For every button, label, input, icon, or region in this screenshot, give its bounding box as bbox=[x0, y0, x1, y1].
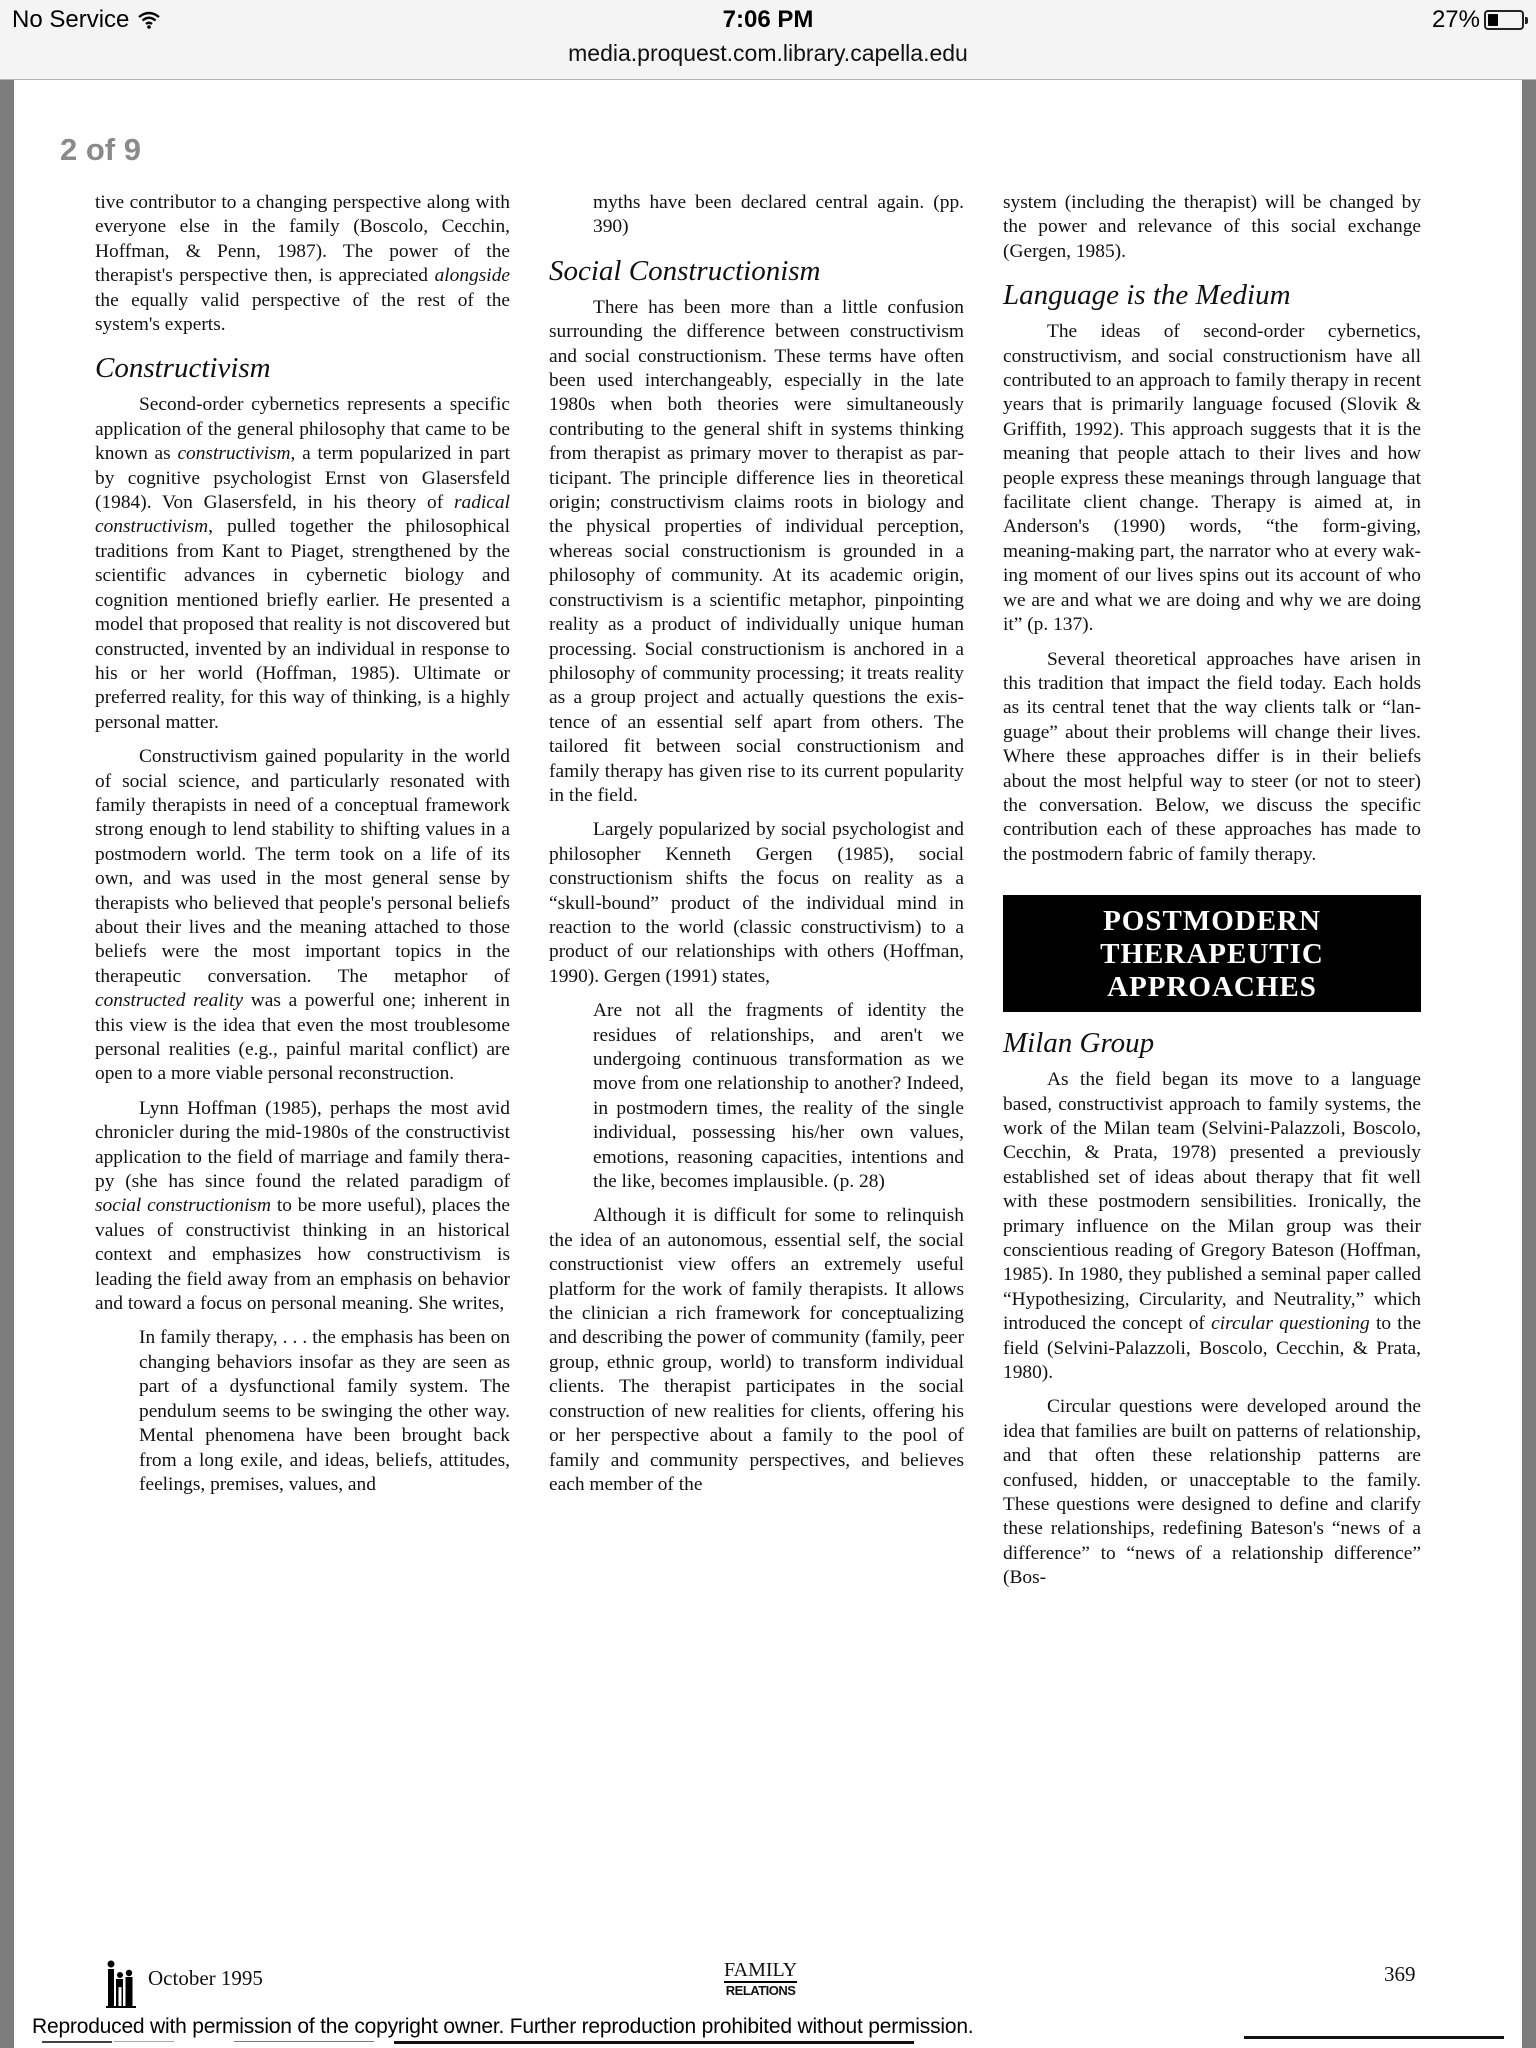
page-indicator: 2 of 9 bbox=[60, 132, 141, 168]
page-footer: October 1995 FAMILY RELATIONS 369 bbox=[14, 1960, 1522, 2020]
copyright-notice: Reproduced with permission of the copyri… bbox=[32, 2015, 973, 2039]
paragraph: Largely popularized by social psy­cholog… bbox=[549, 818, 964, 989]
paragraph: Several theoretical approaches have aris… bbox=[1003, 648, 1421, 868]
paragraph: tive contributor to a changing perspec­t… bbox=[95, 191, 510, 337]
journal-logo: FAMILY RELATIONS bbox=[724, 1960, 797, 1998]
section-heading-language: Language is the Medium bbox=[1003, 278, 1421, 312]
block-quote: Are not all the fragments of identity th… bbox=[593, 999, 964, 1194]
battery-icon bbox=[1484, 10, 1524, 30]
section-heading-social-constructionism: Social Constructionism bbox=[549, 254, 964, 288]
section-heading-constructivism: Constructivism bbox=[95, 351, 510, 385]
article-column-1: tive contributor to a changing perspec­t… bbox=[95, 191, 510, 1507]
paragraph: Lynn Hoffman (1985), perhaps the most av… bbox=[95, 1097, 510, 1317]
paragraph: Constructivism gained popularity in the … bbox=[95, 745, 510, 1087]
paragraph: There has been more than a little confus… bbox=[549, 296, 964, 809]
battery-percent: 27% bbox=[1432, 6, 1480, 34]
paragraph: system (including the therapist) will be… bbox=[1003, 191, 1421, 264]
paragraph: The ideas of second-order cybernet­ics, … bbox=[1003, 320, 1421, 637]
paragraph: Circular questions were developed around… bbox=[1003, 1395, 1421, 1590]
document-page[interactable]: 2 of 9 tive contributor to a changing pe… bbox=[14, 80, 1522, 2048]
article-column-3: system (including the therapist) will be… bbox=[1003, 191, 1421, 1601]
scan-artifact-line bbox=[394, 2041, 914, 2044]
scan-artifact-line bbox=[114, 2041, 174, 2042]
paragraph: Second-order cybernetics represents a sp… bbox=[95, 393, 510, 735]
status-battery: 27% bbox=[1432, 6, 1524, 34]
page-number: 369 bbox=[1384, 1962, 1416, 1987]
status-time: 7:06 PM bbox=[0, 6, 1536, 34]
block-quote: In family therapy, . . . the emphasis ha… bbox=[139, 1326, 510, 1497]
scan-artifact-line bbox=[234, 2041, 374, 2042]
block-quote-continued: myths have been declared central again. … bbox=[593, 191, 964, 240]
paragraph: As the field began its move to a lan­gua… bbox=[1003, 1068, 1421, 1385]
scan-artifact-line bbox=[42, 2041, 112, 2043]
section-heading-milan-group: Milan Group bbox=[1003, 1026, 1421, 1060]
family-figures-icon bbox=[106, 1960, 136, 2008]
article-column-2: myths have been declared central again. … bbox=[549, 191, 964, 1507]
scan-artifact-line bbox=[1244, 2036, 1504, 2039]
section-banner: POSTMODERN THERAPEUTIC APPROACHES bbox=[1003, 895, 1421, 1012]
issue-date: October 1995 bbox=[148, 1966, 263, 1991]
paragraph: Although it is difficult for some to rel… bbox=[549, 1204, 964, 1497]
url-bar[interactable]: media.proquest.com.library.capella.edu bbox=[0, 40, 1536, 67]
browser-top-bar: No Service 7:06 PM 27% media.proquest.co… bbox=[0, 0, 1536, 80]
